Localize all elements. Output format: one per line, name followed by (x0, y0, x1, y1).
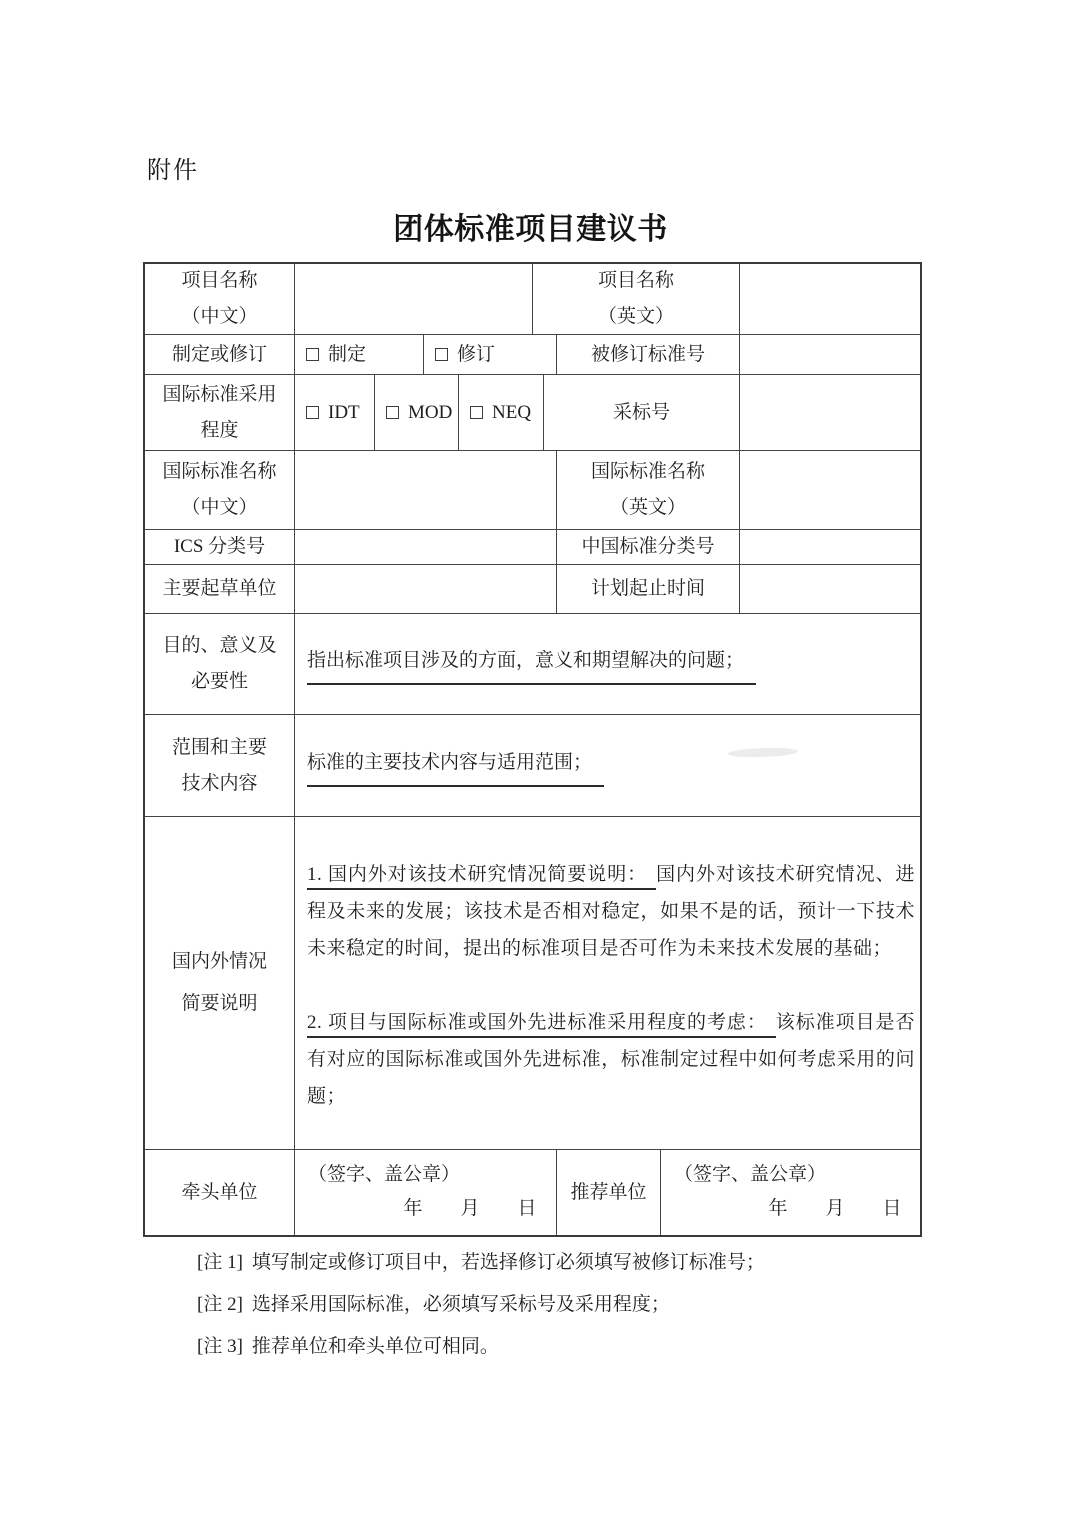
input-intl-std-name-cn (295, 451, 557, 530)
label-project-name-cn: 项目名称 （中文） (145, 264, 295, 335)
note-item-3: [注 3] 推荐单位和牵头单位可相同。 (197, 1323, 765, 1365)
sign-hint: （签字、盖公章） (674, 1162, 826, 1188)
checkbox-icon (470, 406, 483, 419)
note-tag: [注 2] (197, 1289, 243, 1316)
overview-item-2: 2. 项目与国际标准或国外先进标准采用程度的考虑：该标准项目是否有对应的国际标准… (307, 1004, 915, 1115)
label-intl-std-name-en: 国际标准名称 （英文） (557, 451, 740, 530)
input-plan-period (740, 565, 920, 614)
input-revised-standard-no (740, 335, 920, 375)
label-main-drafting-unit: 主要起草单位 (145, 565, 295, 614)
label-recommend-unit: 推荐单位 (557, 1150, 661, 1235)
label-cn-standard-class-no: 中国标准分类号 (557, 530, 740, 565)
sign-block-lead-unit: （签字、盖公章） 年 月 日 (295, 1150, 557, 1235)
checkbox-icon (306, 348, 319, 361)
overview-item-lead: 2. 项目与国际标准或国外先进标准采用程度的考虑： (307, 1012, 776, 1038)
page-title: 团体标准项目建议书 (143, 204, 918, 248)
date-hint: 年 月 日 (403, 1196, 536, 1222)
attachment-label: 附件 (147, 150, 199, 185)
note-text: 推荐单位和牵头单位可相同。 (252, 1331, 499, 1358)
input-intl-std-name-en (740, 451, 920, 530)
checkbox-icon (386, 406, 399, 419)
hint-scope-text: 标准的主要技术内容与适用范围； (307, 745, 604, 787)
option-draft: 制定 (295, 335, 424, 375)
hint-purpose-text: 指出标准项目涉及的方面，意义和期望解决的问题； (307, 643, 756, 685)
label-plan-period: 计划起止时间 (557, 565, 740, 614)
checkbox-icon (435, 348, 448, 361)
option-idt-label: IDT (328, 395, 360, 431)
input-ics-no (295, 530, 557, 565)
option-mod: MOD (375, 375, 459, 451)
label-adoption-no: 采标号 (544, 375, 740, 451)
notes: [注 1] 填写制定或修订项目中，若选择修订必须填写被修订标准号； [注 2] … (197, 1239, 765, 1365)
label-draft-or-revise: 制定或修订 (145, 335, 295, 375)
option-revise-label: 修订 (457, 337, 495, 373)
hint-purpose: 指出标准项目涉及的方面，意义和期望解决的问题； (295, 614, 920, 715)
option-idt: IDT (295, 375, 375, 451)
note-item-1: [注 1] 填写制定或修订项目中，若选择修订必须填写被修订标准号； (197, 1239, 765, 1281)
label-lead-unit: 牵头单位 (145, 1150, 295, 1235)
label-project-name-en: 项目名称 （英文） (533, 264, 740, 335)
hint-scope: 标准的主要技术内容与适用范围； (295, 715, 920, 817)
proposal-form-table: 项目名称 （中文） 项目名称 （英文） 制定或修订 制定 修订 被修订标准号 国… (143, 262, 922, 1237)
input-cn-standard-class-no (740, 530, 920, 565)
label-revised-standard-no: 被修订标准号 (557, 335, 740, 375)
label-intl-std-name-cn: 国际标准名称 （中文） (145, 451, 295, 530)
sign-block-recommend-unit: （签字、盖公章） 年 月 日 (661, 1150, 920, 1235)
label-purpose: 目的、意义及 必要性 (145, 614, 295, 715)
input-project-name-en (740, 264, 920, 335)
note-item-2: [注 2] 选择采用国际标准，必须填写采标号及采用程度； (197, 1281, 765, 1323)
overview-item-1: 1. 国内外对该技术研究情况简要说明：国内外对该技术研究情况、进程及未来的发展；… (307, 856, 915, 967)
label-ics-no: ICS 分类号 (145, 530, 295, 565)
option-revise: 修订 (424, 335, 557, 375)
sign-hint: （签字、盖公章） (308, 1162, 460, 1188)
document-page: 附件 团体标准项目建议书 项目名称 （中文） 项目名称 （英文） 制定或修订 制… (0, 0, 1080, 1527)
option-draft-label: 制定 (328, 337, 366, 373)
note-text: 选择采用国际标准，必须填写采标号及采用程度； (252, 1289, 670, 1316)
note-tag: [注 1] (197, 1247, 243, 1274)
option-neq: NEQ (459, 375, 544, 451)
input-project-name-cn (295, 264, 533, 335)
label-overview: 国内外情况 简要说明 (145, 817, 295, 1150)
input-adoption-no (740, 375, 920, 451)
note-tag: [注 3] (197, 1331, 243, 1358)
note-text: 填写制定或修订项目中，若选择修订必须填写被修订标准号； (252, 1247, 765, 1274)
overview-content: 1. 国内外对该技术研究情况简要说明：国内外对该技术研究情况、进程及未来的发展；… (295, 817, 920, 1150)
label-intl-adoption-degree: 国际标准采用 程度 (145, 375, 295, 451)
checkbox-icon (306, 406, 319, 419)
date-hint: 年 月 日 (768, 1196, 901, 1222)
option-neq-label: NEQ (492, 395, 531, 431)
input-main-drafting-unit (295, 565, 557, 614)
option-mod-label: MOD (408, 395, 452, 431)
overview-item-lead: 1. 国内外对该技术研究情况简要说明： (307, 864, 656, 890)
label-scope: 范围和主要 技术内容 (145, 715, 295, 817)
